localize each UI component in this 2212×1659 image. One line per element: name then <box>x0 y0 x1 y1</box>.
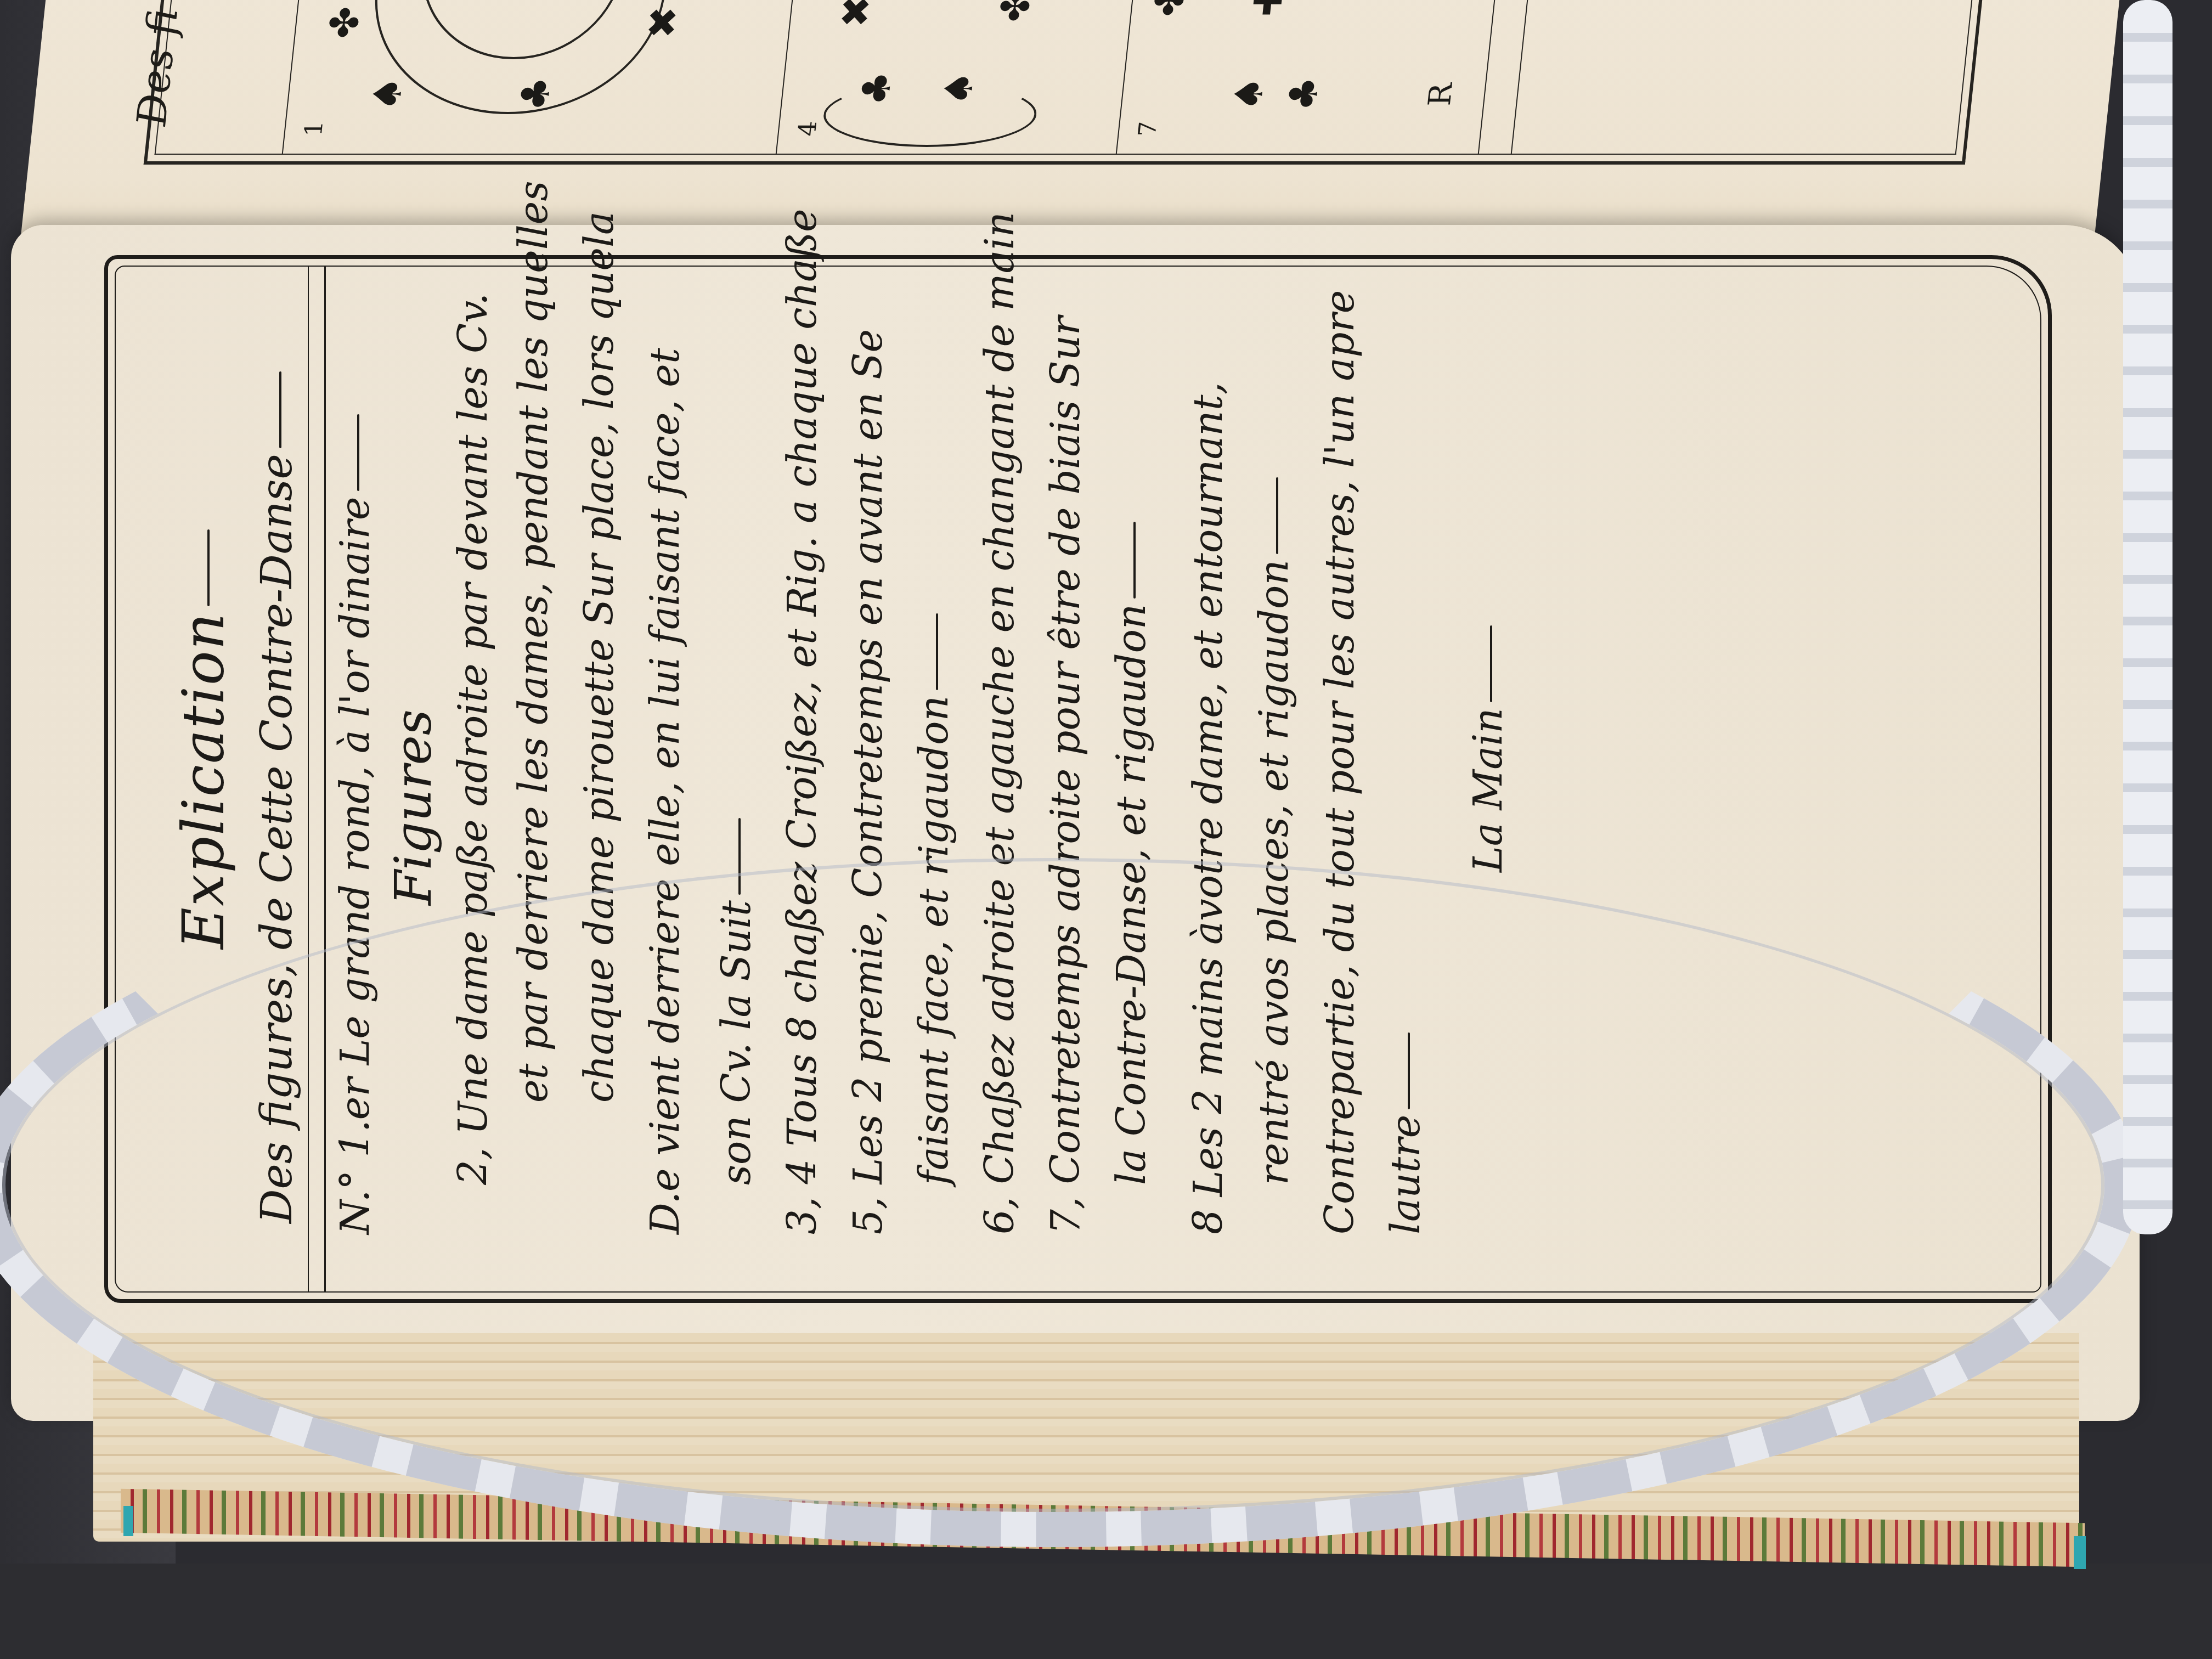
figures-heading: Figures <box>384 709 443 905</box>
dancer-symbol: ✤ <box>320 7 369 39</box>
dancer-symbol: ♠ <box>934 71 983 106</box>
figure-letter: R <box>1421 83 1459 106</box>
page-title: Explication <box>170 529 237 949</box>
dancer-symbol: ✚ <box>1244 0 1293 16</box>
figure-panel-1: ✤ ✖ ♠ ♣ 1 <box>282 0 795 154</box>
book-weight-cord-texture <box>0 823 2140 1547</box>
dancer-symbol: ✖ <box>832 0 880 27</box>
binding-corner-left <box>123 1506 133 1536</box>
book-weight-cord-right <box>2123 0 2172 1234</box>
figure-frame-inner: Des fi ✤ ✖ ♠ ♣ 1 ✖ ✤ ♣ ♠ 4 ✤ ✚ <box>155 0 1975 155</box>
dancer-symbol: ♣ <box>1279 77 1328 111</box>
figure-number: 7 <box>1133 121 1163 137</box>
figure-number: 4 <box>793 121 823 137</box>
dancer-symbol: ♠ <box>1224 77 1273 111</box>
dancer-symbol: ✖ <box>639 7 687 39</box>
figure-title-panel: Des fi <box>156 0 302 154</box>
binding-corner-right <box>2074 1536 2086 1569</box>
dancer-symbol: ♠ <box>363 77 412 111</box>
figure-page-title: Des fi <box>128 9 187 126</box>
figure-panel-4: ✖ ✤ ♣ ♠ 4 <box>776 0 1136 154</box>
dancer-symbol: ♣ <box>852 71 901 106</box>
dancer-symbol: ✤ <box>991 0 1040 22</box>
figure-panel-7: ✤ ✚ ♠ ♣ R 7 <box>1116 0 1498 154</box>
background-cloth-bottom <box>0 1564 2212 1659</box>
figure-frame: Des fi ✤ ✖ ♠ ♣ 1 ✖ ✤ ♣ ♠ 4 ✤ ✚ <box>144 0 1985 165</box>
closing-mark: La Main <box>1465 625 1511 872</box>
dancer-symbol: ♣ <box>511 77 560 111</box>
figure-number: 1 <box>300 121 329 137</box>
dancer-symbol: ✤ <box>1145 0 1194 16</box>
